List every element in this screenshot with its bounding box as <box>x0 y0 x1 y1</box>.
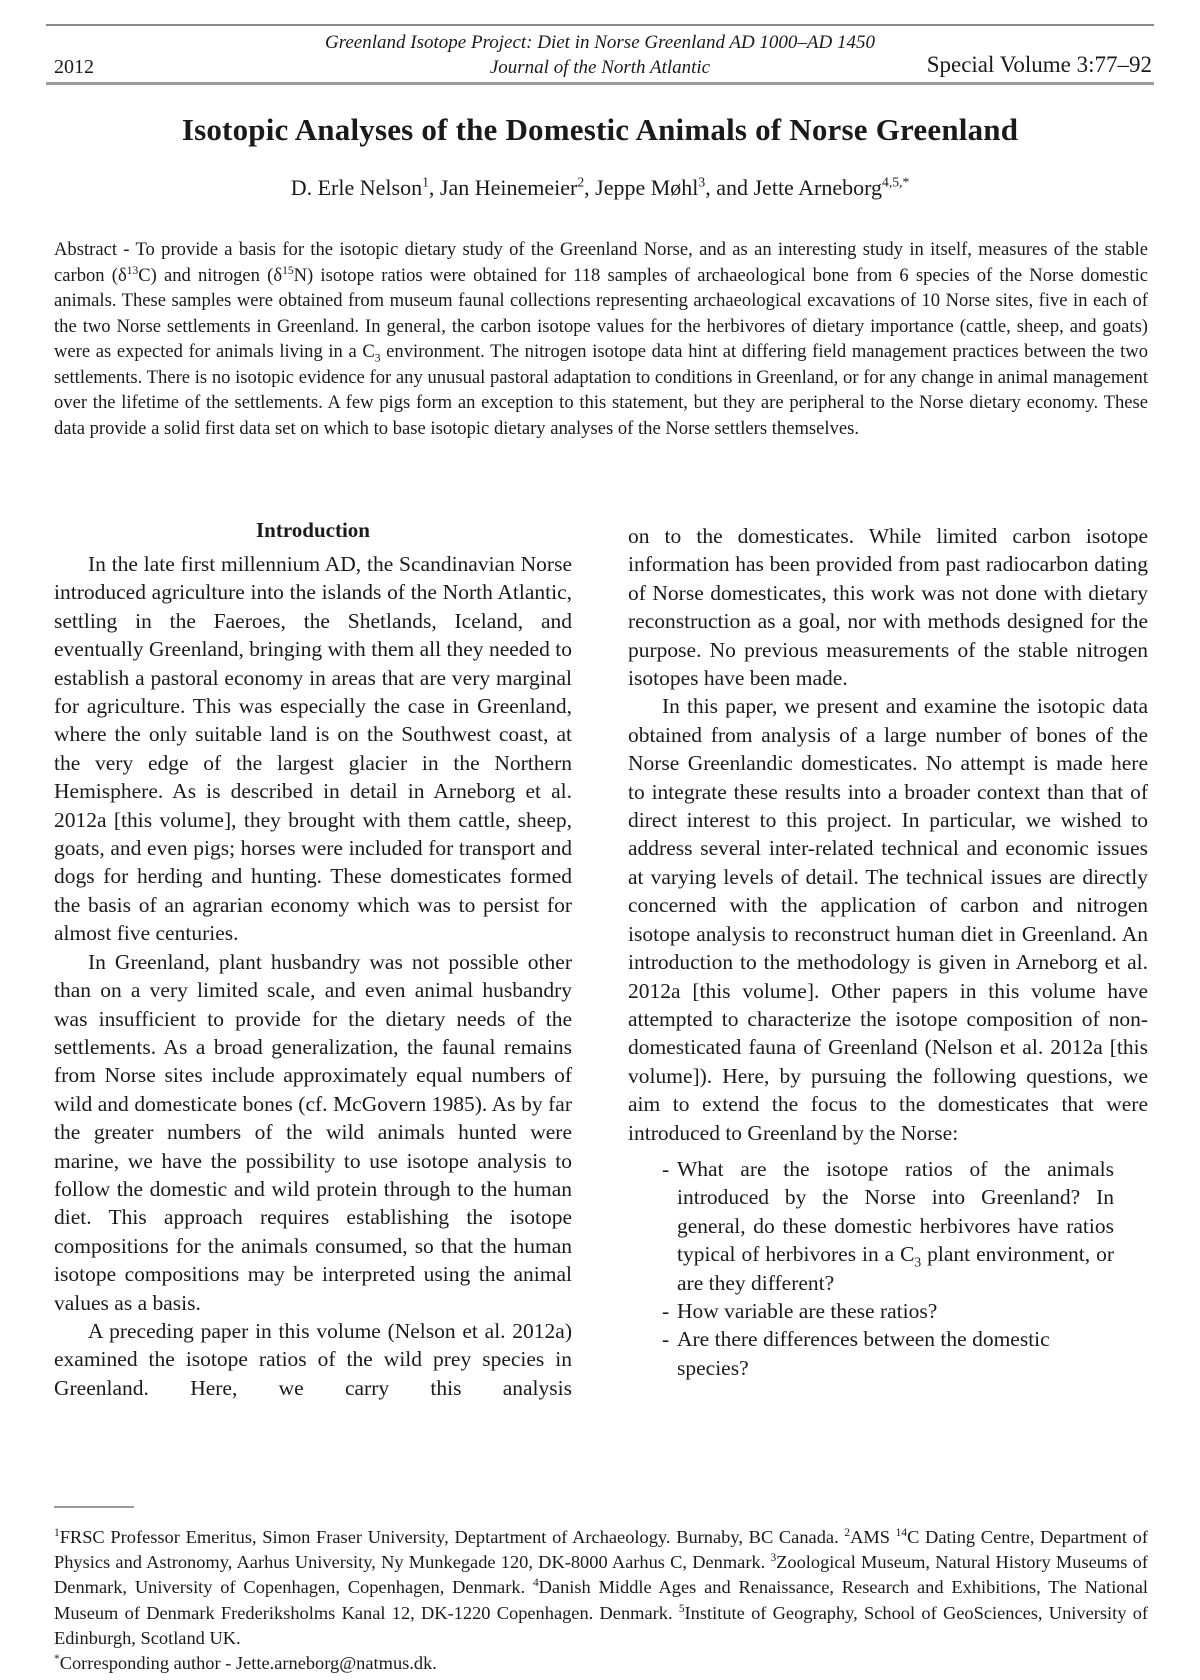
footnotes: 1FRSC Professor Emeritus, Simon Fraser U… <box>54 1525 1148 1676</box>
author-list: D. Erle Nelson1, Jan Heinemeier2, Jeppe … <box>0 175 1200 201</box>
footnote-text: FRSC Professor Emeritus, Simon Fraser Un… <box>60 1527 845 1547</box>
journal-name: Journal of the North Atlantic <box>300 55 900 80</box>
isotope-superscript: 15 <box>282 264 294 276</box>
section-heading-introduction: Introduction <box>54 516 572 544</box>
footnote-rule <box>54 1506 134 1508</box>
author-affiliation: 1 <box>422 175 429 190</box>
header-year: 2012 <box>54 56 94 79</box>
author-affiliation: 4,5,* <box>882 175 909 190</box>
header-bottom-rule <box>46 82 1154 85</box>
author: Jeppe Møhl <box>595 175 698 200</box>
isotope-superscript: 14 <box>896 1527 907 1539</box>
author-separator: , <box>429 175 440 200</box>
question-item: How variable are these ratios? <box>662 1297 1114 1325</box>
author: Jette Arneborg <box>754 175 883 200</box>
article-title: Isotopic Analyses of the Domestic Animal… <box>0 112 1200 148</box>
paragraph: In the late first millennium AD, the Sca… <box>54 550 572 948</box>
author-separator: , <box>584 175 595 200</box>
isotope-superscript: 13 <box>127 264 139 276</box>
running-header: Greenland Isotope Project: Diet in Norse… <box>300 30 900 80</box>
paragraph: In this paper, we present and examine th… <box>628 692 1148 1147</box>
question-item: What are the isotope ratios of the anima… <box>662 1155 1114 1297</box>
abstract-text: C) and nitrogen (δ <box>138 265 282 286</box>
paragraph-continued: on to the domesticates. While limited ca… <box>628 522 1148 692</box>
author: Jan Heinemeier <box>440 175 577 200</box>
author: D. Erle Nelson <box>291 175 422 200</box>
abstract: Abstract - To provide a basis for the is… <box>54 237 1148 441</box>
question-item: Are there differences between the domest… <box>662 1325 1114 1382</box>
research-questions: What are the isotope ratios of the anima… <box>628 1155 1148 1382</box>
left-column: Introduction In the late first millenniu… <box>54 516 572 1402</box>
volume-pages: Special Volume 3:77–92 <box>927 52 1152 78</box>
header-top-rule <box>46 24 1154 26</box>
abstract-label: Abstract - <box>54 239 135 260</box>
paragraph-text-part2: on to the domesticates. While limited ca… <box>628 524 1148 690</box>
paragraph: A preceding paper in this volume (Nelson… <box>54 1317 572 1402</box>
corresponding-author-email[interactable]: Corresponding author - Jette.arneborg@na… <box>60 1653 437 1673</box>
paragraph: In Greenland, plant husbandry was not po… <box>54 948 572 1317</box>
right-column: on to the domesticates. While limited ca… <box>628 522 1148 1382</box>
author-separator: , and <box>705 175 753 200</box>
paragraph-text-part1: A preceding paper in this volume (Nelson… <box>54 1319 572 1400</box>
series-title: Greenland Isotope Project: Diet in Norse… <box>300 30 900 55</box>
footnote-text: AMS <box>850 1527 896 1547</box>
